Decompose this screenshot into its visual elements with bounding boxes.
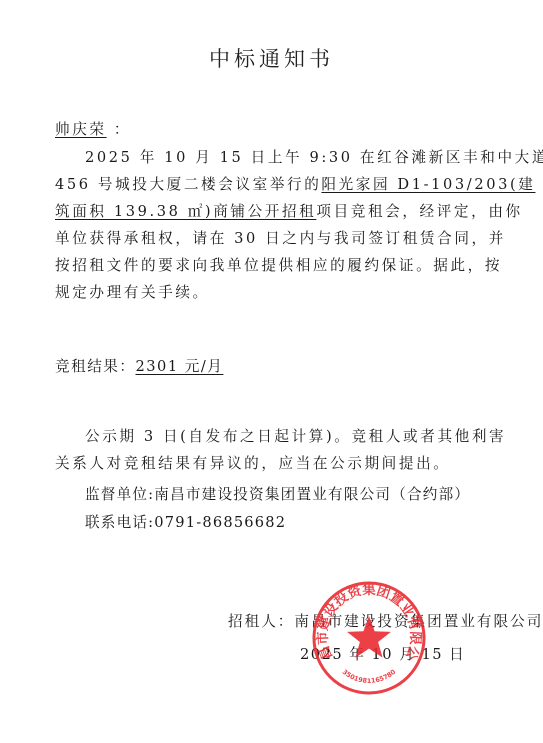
paragraph1-line2: 456 号城投大厦二楼会议室举行的阳光家园 D1-103/203(建 [55, 175, 465, 195]
project-name-part2: 筑面积 139.38 ㎡)商铺公开招租 [55, 203, 316, 220]
lessor-organization: 南昌市建设投资集团置业有限公司 [294, 613, 543, 630]
paragraph1-line3: 筑面积 139.38 ㎡)商铺公开招租项目竞租会，经评定，由你 [55, 202, 465, 222]
recipient-line: 帅庆荣 ： [55, 120, 465, 140]
paragraph1-line1: 2025 年 10 月 15 日上午 9:30 在红谷滩新区丰和中大道 [55, 148, 465, 168]
recipient-name: 帅庆荣 [55, 121, 107, 138]
signature-date: 2025 年 10 月 15 日 [300, 643, 465, 664]
notice-line1: 公示期 3 日(自发布之日起计算)。竞租人或者其他利害 [55, 427, 465, 447]
venue-text: 456 号城投大厦二楼会议室举行的 [55, 176, 321, 193]
paragraph1-line4: 单位获得承租权，请在 30 日之内与我司签订租赁合同，并 [55, 229, 465, 249]
contact-label: 联系电话: [85, 514, 154, 531]
seal-outer-ring [314, 583, 424, 693]
document-title: 中标通知书 [0, 43, 543, 73]
seal-number: 3501981165780 [341, 668, 398, 685]
contact-line: 联系电话:0791-86856682 [85, 513, 286, 533]
signature-line: 招租人：南昌市建设投资集团置业有限公司 [228, 610, 543, 631]
paragraph1-line5: 按招租文件的要求向我单位提供相应的履约保证。据此，按 [55, 256, 465, 276]
supervisor-line: 监督单位:南昌市建设投资集团置业有限公司（合约部） [85, 485, 470, 505]
notice-line2: 关系人对竞租结果有异议的，应当在公示期间提出。 [55, 454, 465, 474]
paragraph1-line6: 规定办理有关手续。 [55, 283, 465, 303]
project-name-part1: 阳光家园 D1-103/203(建 [321, 176, 535, 193]
evaluation-text: 项目竞租会，经评定，由你 [316, 203, 522, 220]
result-line: 竞租结果：2301 元/月 [55, 357, 465, 377]
company-seal-stamp: 南昌市建设投资集团置业有限公司 3501981165780 [311, 580, 427, 696]
supervisor-label: 监督单位: [85, 486, 154, 503]
result-value: 2301 元/月 [135, 358, 235, 375]
supervisor-value: 南昌市建设投资集团置业有限公司（合约部） [154, 486, 470, 503]
result-label: 竞租结果： [55, 358, 135, 375]
lessor-label: 招租人： [228, 613, 294, 630]
contact-phone: 0791-86856682 [154, 514, 286, 531]
recipient-colon: ： [107, 121, 131, 138]
